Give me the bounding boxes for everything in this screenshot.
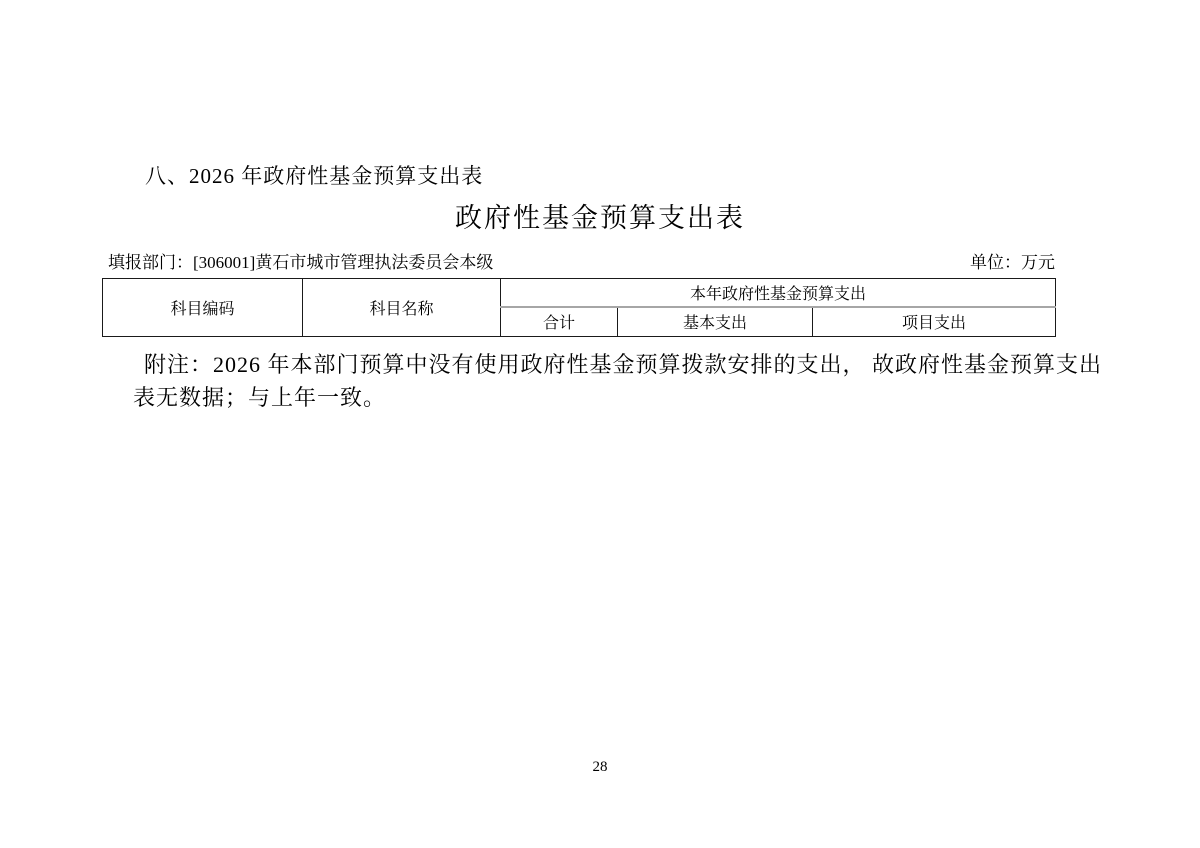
page-number: 28 (0, 759, 1200, 776)
budget-table: 科目编码 科目名称 本年政府性基金预算支出 合计 基本支出 项目支出 (102, 278, 1056, 337)
section-heading: 八、2026 年政府性基金预算支出表 (145, 160, 483, 190)
col-header-subject-code: 科目编码 (103, 279, 303, 337)
col-header-basic-expenditure: 基本支出 (618, 307, 813, 337)
document-page: 八、2026 年政府性基金预算支出表 政府性基金预算支出表 填报部门：[3060… (0, 0, 1200, 848)
col-header-current-year-fund-budget: 本年政府性基金预算支出 (501, 279, 1056, 307)
meta-row: 填报部门：[306001]黄石市城市管理执法委员会本级 单位：万元 (102, 248, 1055, 273)
col-header-subject-name: 科目名称 (303, 279, 501, 337)
col-header-project-expenditure: 项目支出 (813, 307, 1056, 337)
table-header-row-1: 科目编码 科目名称 本年政府性基金预算支出 (103, 279, 1056, 307)
department-label: 填报部门：[306001]黄石市城市管理执法委员会本级 (102, 248, 493, 273)
table-title: 政府性基金预算支出表 (0, 196, 1200, 235)
note-line: 表无数据；与上年一致。 (133, 381, 1108, 414)
note: 附注：2026 年本部门预算中没有使用政府性基金预算拨款安排的支出， 故政府性基… (133, 348, 1108, 414)
unit-label: 单位：万元 (970, 248, 1055, 273)
note-line: 附注：2026 年本部门预算中没有使用政府性基金预算拨款安排的支出， 故政府性基… (133, 348, 1108, 381)
col-header-total: 合计 (501, 307, 618, 337)
